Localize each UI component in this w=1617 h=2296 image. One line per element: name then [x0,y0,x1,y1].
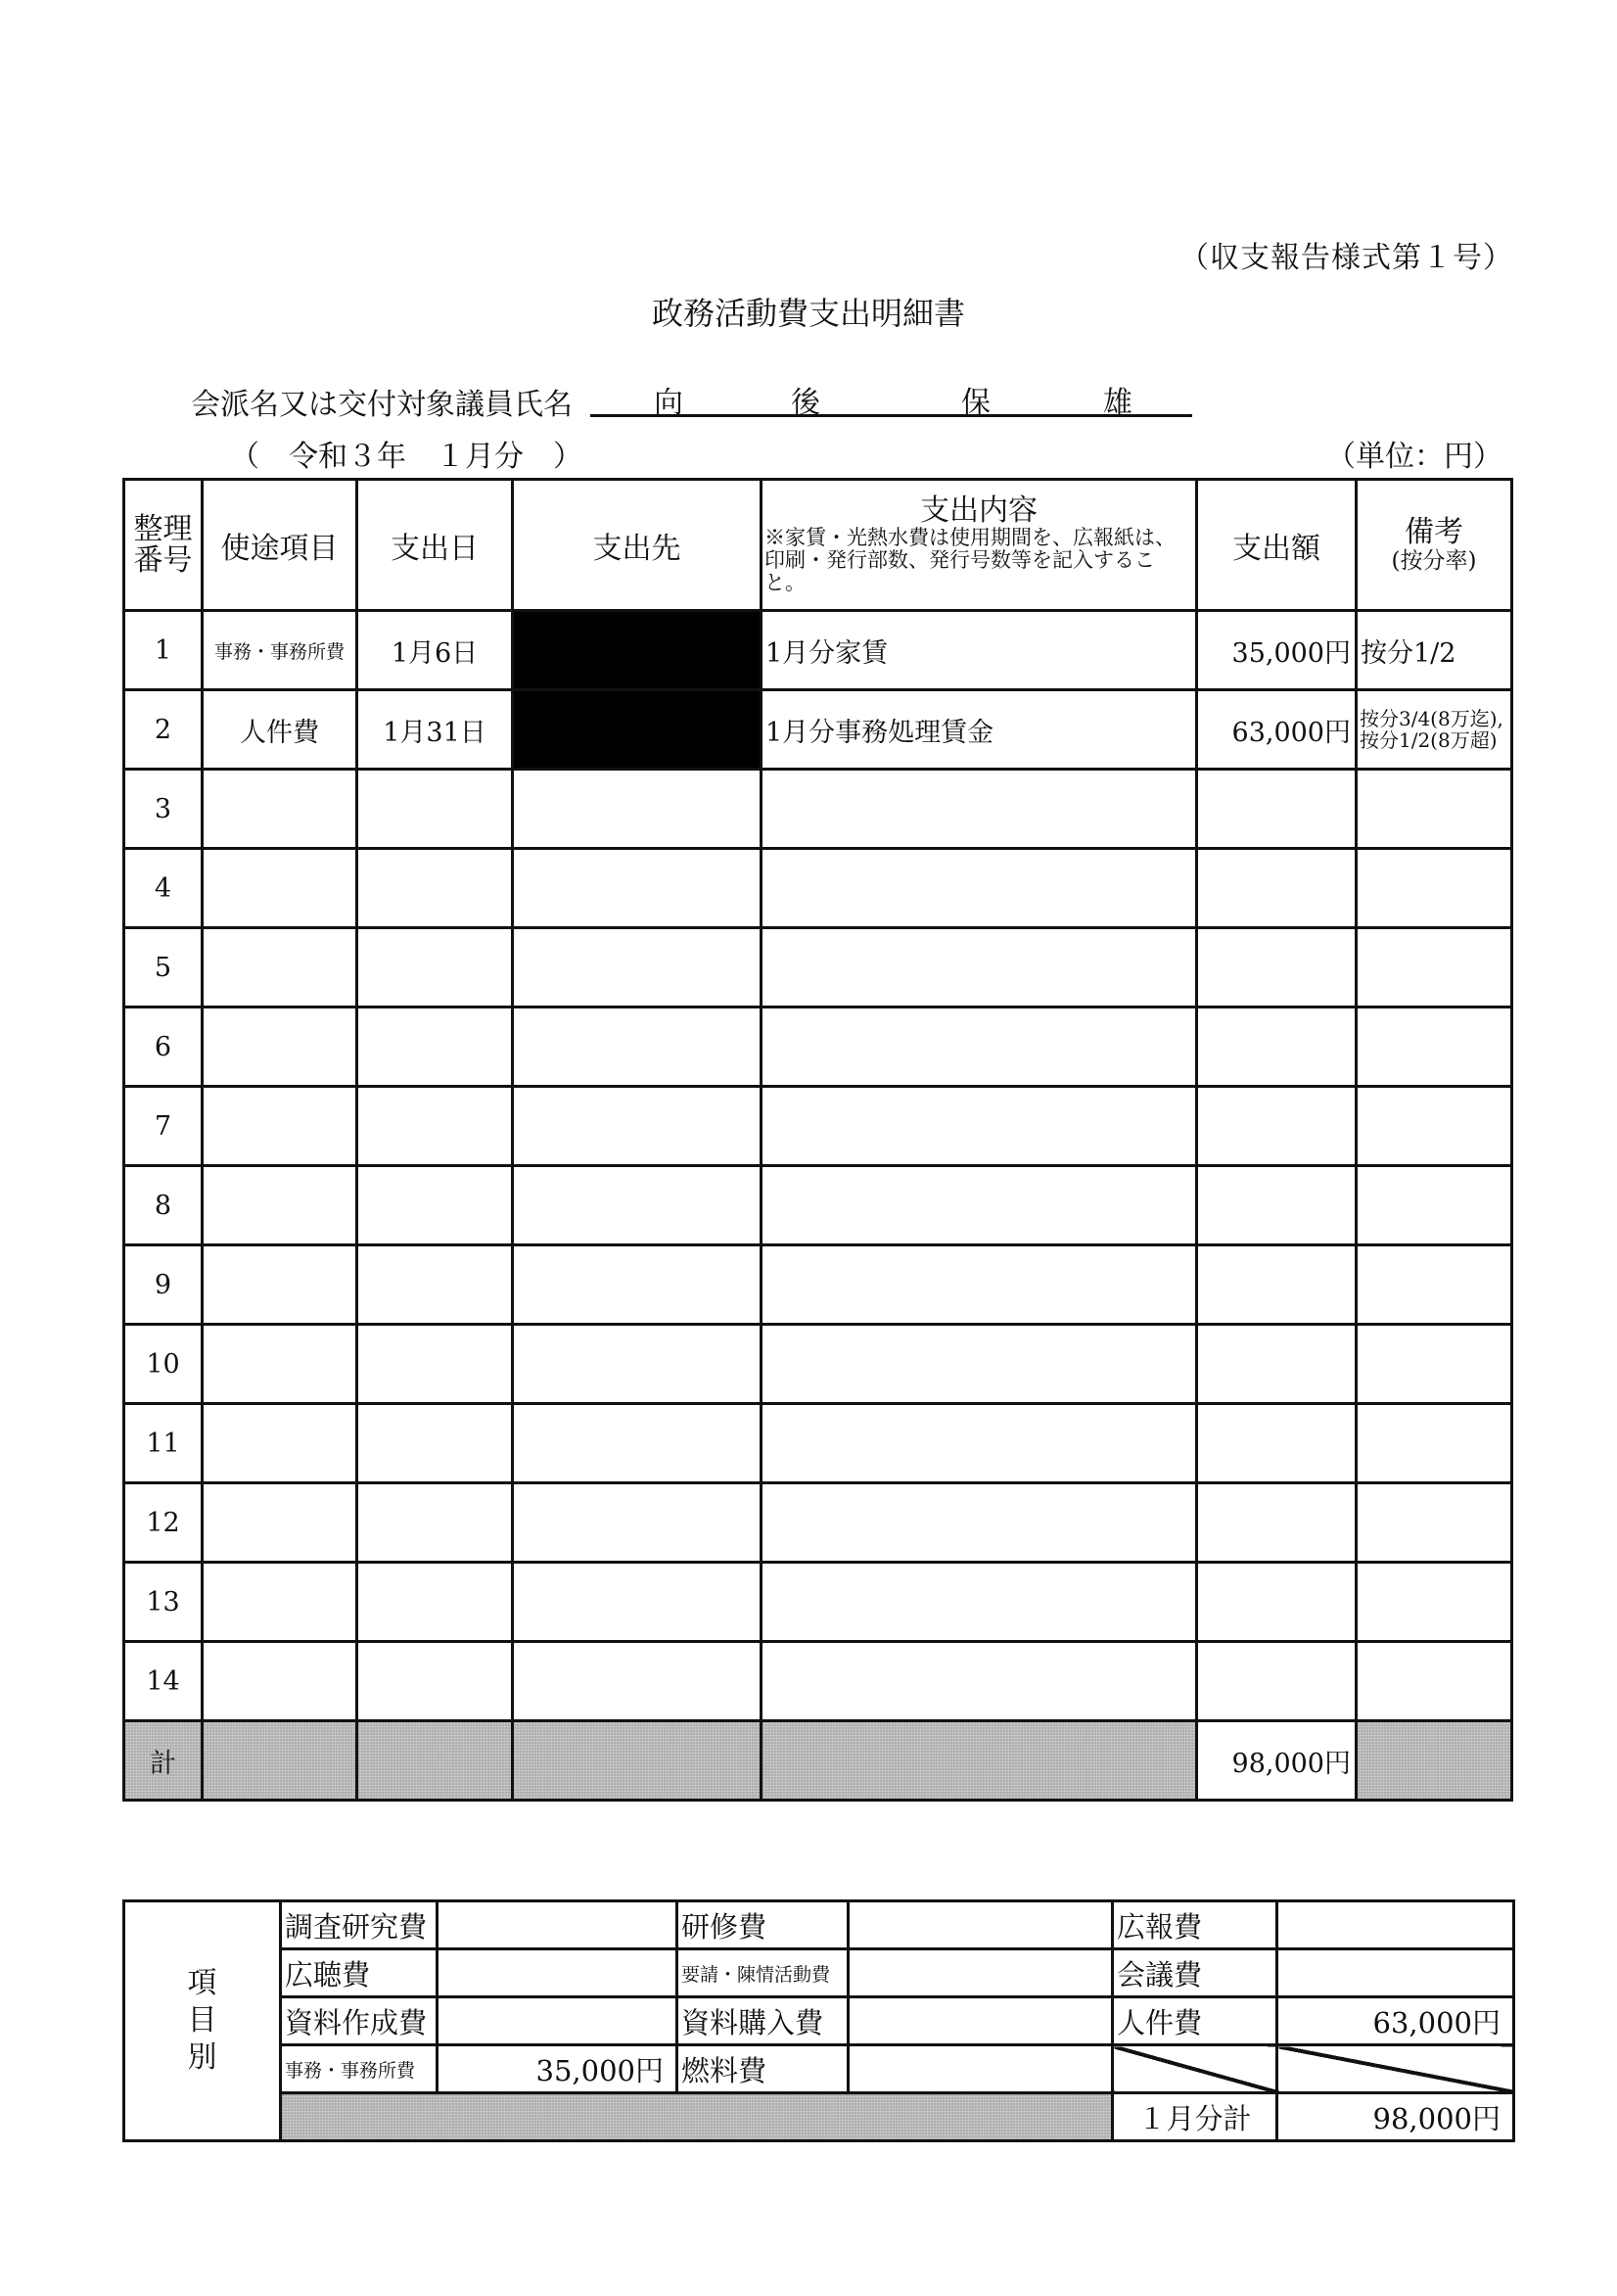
reporting-period: （ 令和３年 １月分 ） [230,432,582,475]
blank-diagonal-cell [1277,2045,1514,2093]
cell-remarks [1357,770,1512,849]
category-label: 調査研究費 [281,1901,438,1949]
category-label: 広聴費 [281,1949,438,1997]
cell-amount [1197,1325,1357,1404]
month-total-label: １月分計 [1113,2093,1277,2141]
cell-payee-redacted [513,611,762,690]
cell-remarks [1357,1245,1512,1325]
category-side-label-text: 項目別 [186,1965,219,2077]
table-row: 3 [124,770,1512,849]
cell-usage [203,1483,357,1563]
total-label: 計 [124,1721,203,1801]
cell-content [762,1245,1197,1325]
cell-content [762,770,1197,849]
shaded-cell [513,1721,762,1801]
cell-payee [513,1404,762,1483]
table-row: 4 [124,849,1512,928]
category-side-label: 項目別 [124,1901,281,2141]
cell-amount [1197,770,1357,849]
table-row: 13 [124,1563,1512,1642]
category-amount [1277,1949,1514,1997]
cell-amount [1197,1483,1357,1563]
cell-usage [203,1642,357,1721]
cell-no: 4 [124,849,203,928]
shaded-cell [203,1721,357,1801]
cell-no: 12 [124,1483,203,1563]
summary-row: 事務・事務所費35,000円燃料費 [124,2045,1514,2093]
cell-payee [513,1166,762,1245]
cell-date [357,1245,513,1325]
cell-amount [1197,928,1357,1007]
shaded-cell [357,1721,513,1801]
header-content-title: 支出内容 [762,495,1195,527]
cell-date [357,1087,513,1166]
cell-amount [1197,1245,1357,1325]
category-label: 人件費 [1113,1997,1277,2045]
category-label: 燃料費 [677,2045,849,2093]
cell-date [357,1007,513,1087]
cell-no: 10 [124,1325,203,1404]
cell-remarks: 按分3/4(8万迄),按分1/2(8万超) [1357,690,1512,770]
cell-remarks [1357,1563,1512,1642]
cell-remarks [1357,1325,1512,1404]
table-row: 10 [124,1325,1512,1404]
cell-amount [1197,1563,1357,1642]
cell-no: 11 [124,1404,203,1483]
category-label: 要請・陳情活動費 [677,1949,849,1997]
table-row: 12 [124,1483,1512,1563]
header-usage: 使途項目 [203,480,357,611]
cell-date [357,770,513,849]
category-amount [849,1949,1113,1997]
cell-content [762,928,1197,1007]
header-date: 支出日 [357,480,513,611]
header-payee: 支出先 [513,480,762,611]
cell-amount [1197,1642,1357,1721]
cell-payee [513,1483,762,1563]
cell-no: 2 [124,690,203,770]
cell-content [762,1087,1197,1166]
cell-content [762,1007,1197,1087]
cell-payee [513,1563,762,1642]
cell-usage [203,770,357,849]
member-name-char-4: 雄 [1103,378,1132,421]
cell-date [357,1404,513,1483]
cell-amount [1197,1166,1357,1245]
cell-content [762,849,1197,928]
header-remarks-sub: (按分率) [1358,548,1510,574]
cell-remarks [1357,1007,1512,1087]
category-amount [438,1949,677,1997]
summary-row: 広聴費要請・陳情活動費会議費 [124,1949,1514,1997]
table-row: 6 [124,1007,1512,1087]
category-label: 研修費 [677,1901,849,1949]
cell-date [357,1483,513,1563]
table-header-row: 整理番号 使途項目 支出日 支出先 支出内容 ※家賃・光熱水費は使用期間を、広報… [124,480,1512,611]
category-amount: 35,000円 [438,2045,677,2093]
form-number: （収支報告様式第１号） [1179,233,1513,276]
cell-payee [513,1325,762,1404]
category-amount [849,1997,1113,2045]
cell-amount [1197,1404,1357,1483]
cell-usage [203,849,357,928]
cell-payee-redacted [513,690,762,770]
category-amount [438,1997,677,2045]
cell-content: 1月分事務処理賃金 [762,690,1197,770]
cell-remarks [1357,1087,1512,1166]
cell-no: 6 [124,1007,203,1087]
cell-content: 1月分家賃 [762,611,1197,690]
table-row: 11 [124,1404,1512,1483]
cell-no: 7 [124,1087,203,1166]
cell-payee [513,1245,762,1325]
cell-usage [203,1404,357,1483]
cell-usage [203,1007,357,1087]
category-label: 会議費 [1113,1949,1277,1997]
category-amount [438,1901,677,1949]
total-row: 計98,000円 [124,1721,1512,1801]
cell-date: 1月6日 [357,611,513,690]
category-amount [1277,1901,1514,1949]
cell-usage [203,1325,357,1404]
category-amount [849,1901,1113,1949]
month-total-amount: 98,000円 [1277,2093,1514,2141]
cell-content [762,1404,1197,1483]
cell-remarks [1357,1483,1512,1563]
cell-usage: 人件費 [203,690,357,770]
cell-content [762,1563,1197,1642]
cell-no: 3 [124,770,203,849]
cell-amount [1197,849,1357,928]
category-label: 資料購入費 [677,1997,849,2045]
cell-payee [513,928,762,1007]
table-row: 7 [124,1087,1512,1166]
cell-remarks: 按分1/2 [1357,611,1512,690]
table-row: 1事務・事務所費1月6日1月分家賃35,000円按分1/2 [124,611,1512,690]
category-label: 資料作成費 [281,1997,438,2045]
cell-date [357,849,513,928]
month-total-row: １月分計98,000円 [124,2093,1514,2141]
cell-no: 5 [124,928,203,1007]
cell-no: 13 [124,1563,203,1642]
cell-no: 1 [124,611,203,690]
table-row: 9 [124,1245,1512,1325]
header-content-note: ※家賃・光熱水費は使用期間を、広報紙は、印刷・発行部数、発行号数等を記入すること… [762,527,1195,594]
shaded-cell [281,2093,1113,2141]
blank-diagonal-cell [1113,2045,1277,2093]
cell-content [762,1483,1197,1563]
cell-content [762,1325,1197,1404]
unit-label: （単位：円） [1326,432,1502,475]
cell-usage [203,928,357,1007]
cell-payee [513,849,762,928]
summary-row: 資料作成費資料購入費人件費63,000円 [124,1997,1514,2045]
cell-content [762,1166,1197,1245]
cell-remarks [1357,1642,1512,1721]
category-amount [849,2045,1113,2093]
cell-usage [203,1563,357,1642]
table-row: 8 [124,1166,1512,1245]
cell-usage [203,1245,357,1325]
cell-remarks [1357,849,1512,928]
cell-payee [513,1007,762,1087]
cell-remarks [1357,1404,1512,1483]
shaded-cell [1357,1721,1512,1801]
cell-amount: 35,000円 [1197,611,1357,690]
expenditure-table: 整理番号 使途項目 支出日 支出先 支出内容 ※家賃・光熱水費は使用期間を、広報… [122,478,1513,1802]
cell-payee [513,1642,762,1721]
member-name-char-2: 後 [791,378,820,421]
header-amount: 支出額 [1197,480,1357,611]
affiliation-label: 会派名又は交付対象議員氏名 [191,380,573,423]
header-remarks: 備考 (按分率) [1357,480,1512,611]
member-name-char-1: 向 [654,378,683,421]
cell-amount [1197,1007,1357,1087]
cell-usage [203,1166,357,1245]
cell-payee [513,770,762,849]
summary-row: 項目別調査研究費研修費広報費 [124,1901,1514,1949]
cell-no: 8 [124,1166,203,1245]
cell-amount [1197,1087,1357,1166]
header-content: 支出内容 ※家賃・光熱水費は使用期間を、広報紙は、印刷・発行部数、発行号数等を記… [762,480,1197,611]
header-remarks-title: 備考 [1358,517,1510,548]
cell-remarks [1357,1166,1512,1245]
category-amount: 63,000円 [1277,1997,1514,2045]
category-label: 事務・事務所費 [281,2045,438,2093]
cell-content [762,1642,1197,1721]
cell-no: 9 [124,1245,203,1325]
cell-date [357,1642,513,1721]
table-row: 5 [124,928,1512,1007]
category-summary-table: 項目別調査研究費研修費広報費広聴費要請・陳情活動費会議費資料作成費資料購入費人件… [122,1899,1515,2142]
shaded-cell [762,1721,1197,1801]
total-amount: 98,000円 [1197,1721,1357,1801]
cell-amount: 63,000円 [1197,690,1357,770]
cell-remarks [1357,928,1512,1007]
cell-date: 1月31日 [357,690,513,770]
table-row: 14 [124,1642,1512,1721]
member-name-char-3: 保 [961,378,991,421]
header-no: 整理番号 [124,480,203,611]
cell-date [357,1325,513,1404]
cell-date [357,1563,513,1642]
cell-usage: 事務・事務所費 [203,611,357,690]
cell-date [357,928,513,1007]
cell-usage [203,1087,357,1166]
cell-date [357,1166,513,1245]
table-row: 2人件費1月31日1月分事務処理賃金63,000円按分3/4(8万迄),按分1/… [124,690,1512,770]
category-label: 広報費 [1113,1901,1277,1949]
cell-payee [513,1087,762,1166]
cell-no: 14 [124,1642,203,1721]
document-title: 政務活動費支出明細書 [0,289,1617,334]
